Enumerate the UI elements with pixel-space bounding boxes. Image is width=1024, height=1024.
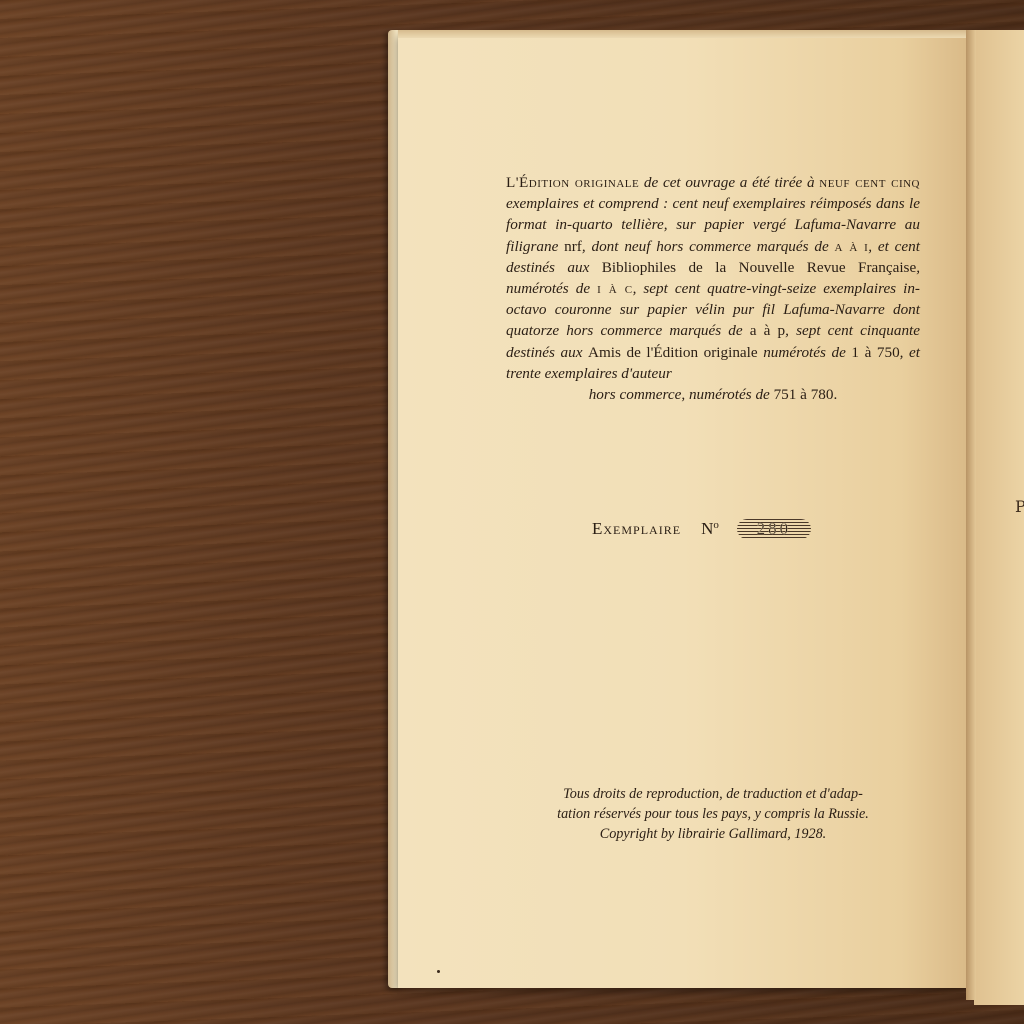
book-page-right	[974, 30, 1024, 1005]
copy-number-line: Exemplaire No 280	[592, 519, 811, 539]
edition-originale: L'Édition originale	[506, 174, 639, 191]
paper-speck	[437, 970, 440, 973]
page-top-edge	[398, 30, 970, 38]
numero-label: No	[701, 519, 719, 539]
right-page-text-fragment: P	[1015, 497, 1024, 516]
justification-paragraph: L'Édition originale de cet ouvrage a été…	[506, 172, 920, 405]
book-gutter	[966, 30, 976, 1000]
copy-number-stamp: 280	[737, 519, 811, 539]
justification-last-line: hors commerce, numérotés de 751 à 780.	[506, 384, 920, 405]
exemplaire-label: Exemplaire	[592, 519, 681, 539]
nrf-watermark: nrf	[564, 238, 582, 255]
copyright-notice: Tous droits de reproduction, de traducti…	[506, 784, 920, 844]
